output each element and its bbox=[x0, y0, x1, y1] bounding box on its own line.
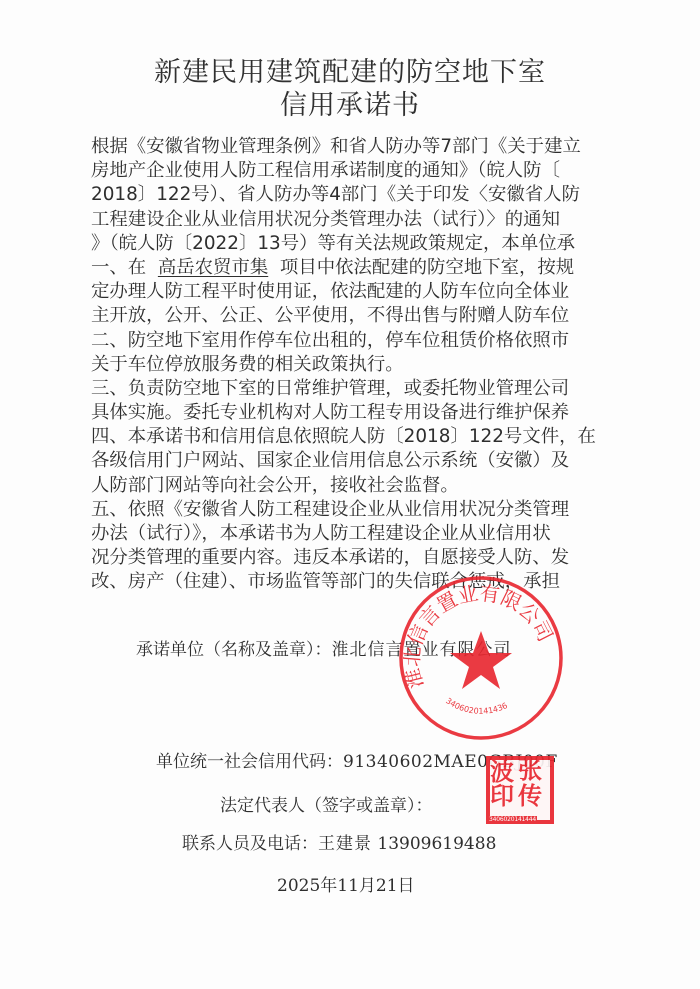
item-2-line: 二、防空地下室用作停车位出租的，停车位租赁价格依照市 bbox=[91, 329, 611, 353]
legal-representative: 法定代表人（签字或盖章）： bbox=[220, 791, 433, 816]
item-2-line: 关于车位停放服务费的相关政策执行。 bbox=[91, 353, 611, 377]
body-line: 》（皖人防〔2022〕13号）等有关法规政策规定，本单位承 bbox=[91, 232, 611, 256]
body-line: 工程建设企业从业信用状况分类管理办法（试行）〉的通知 bbox=[91, 208, 611, 232]
item-1-first-line: 一、在 高岳农贸市集 项目中依法配建的防空地下室，按规 bbox=[91, 256, 611, 280]
item-5-line: 五、依照《安徽省人防工程建设企业从业信用状况分类管理 bbox=[91, 498, 611, 522]
seal-char: 波 bbox=[490, 760, 514, 784]
seal-char: 印 bbox=[490, 784, 514, 808]
contact-name: 王建景 bbox=[318, 834, 372, 854]
contact-info: 联系人员及电话：王建景 13909619488 bbox=[182, 829, 496, 854]
seal-number: 3406020141444 bbox=[488, 816, 537, 823]
item-1-suffix: 项目中依法配建的防空地下室，按规 bbox=[268, 257, 574, 278]
svg-text:3406020141436: 3406020141436 bbox=[444, 696, 509, 716]
document-page: 新建民用建筑配建的防空地下室 信用承诺书 根据《安徽省物业管理条例》和省人防办等… bbox=[0, 0, 700, 989]
item-5-line: 办法（试行）》，本承诺书为人防工程建设企业从业信用状 bbox=[91, 522, 611, 546]
body-line: 2018〕122号）、省人防办等4部门《关于印发〈安徽省人防 bbox=[91, 183, 611, 207]
seal-char: 传 bbox=[518, 784, 542, 808]
body-line: 根据《安徽省物业管理条例》和省人防办等7部门《关于建立 bbox=[91, 135, 611, 159]
seal-number: 3406020141436 bbox=[444, 696, 509, 716]
credit-code-label: 单位统一社会信用代码： bbox=[156, 752, 343, 772]
item-4-line: 四、本承诺书和信用信息依照皖人防〔2018〕122号文件，在 bbox=[91, 425, 611, 449]
item-1-line: 定办理人防工程平时使用证，依法配建的人防车位向全体业 bbox=[91, 280, 611, 304]
unit-label: 承诺单位（名称及盖章）： bbox=[136, 640, 332, 660]
seal-char: 张 bbox=[518, 758, 542, 782]
item-4-line: 各级信用门户网站、国家企业信用信息公示系统（安徽）及 bbox=[91, 449, 611, 473]
item-3-line: 具体实施。委托专业机构对人防工程专用设备进行维护保养 bbox=[91, 401, 611, 425]
item-1-prefix: 一、在 bbox=[91, 257, 158, 278]
item-1-line: 主开放，公开、公正、公平使用，不得出售与附赠人防车位 bbox=[91, 304, 611, 328]
commitment-body: 根据《安徽省物业管理条例》和省人防办等7部门《关于建立 房地产企业使用人防工程信… bbox=[91, 135, 611, 595]
body-line: 房地产企业使用人防工程信用承诺制度的通知》（皖人防〔 bbox=[91, 159, 611, 183]
project-name: 高岳农贸市集 bbox=[158, 257, 268, 278]
company-seal-icon: 淮北信言置业有限公司 3406020141436 bbox=[396, 573, 566, 743]
contact-label: 联系人员及电话： bbox=[182, 834, 318, 854]
contact-phone: 13909619488 bbox=[377, 834, 496, 854]
personal-seal-icon: 张 波 传 印 3406020141444 bbox=[486, 756, 554, 824]
item-5-line: 况分类管理的重要内容。违反本承诺的，自愿接受人防、发 bbox=[91, 546, 611, 570]
item-3-line: 三、负责防空地下室的日常维护管理，或委托物业管理公司 bbox=[91, 377, 611, 401]
legal-rep-label: 法定代表人（签字或盖章）： bbox=[220, 796, 433, 816]
item-4-line: 人防部门网站等向社会公开，接收社会监督。 bbox=[91, 474, 611, 498]
document-subtitle: 信用承诺书 bbox=[0, 83, 700, 122]
document-date: 2025年11月21日 bbox=[277, 871, 415, 896]
